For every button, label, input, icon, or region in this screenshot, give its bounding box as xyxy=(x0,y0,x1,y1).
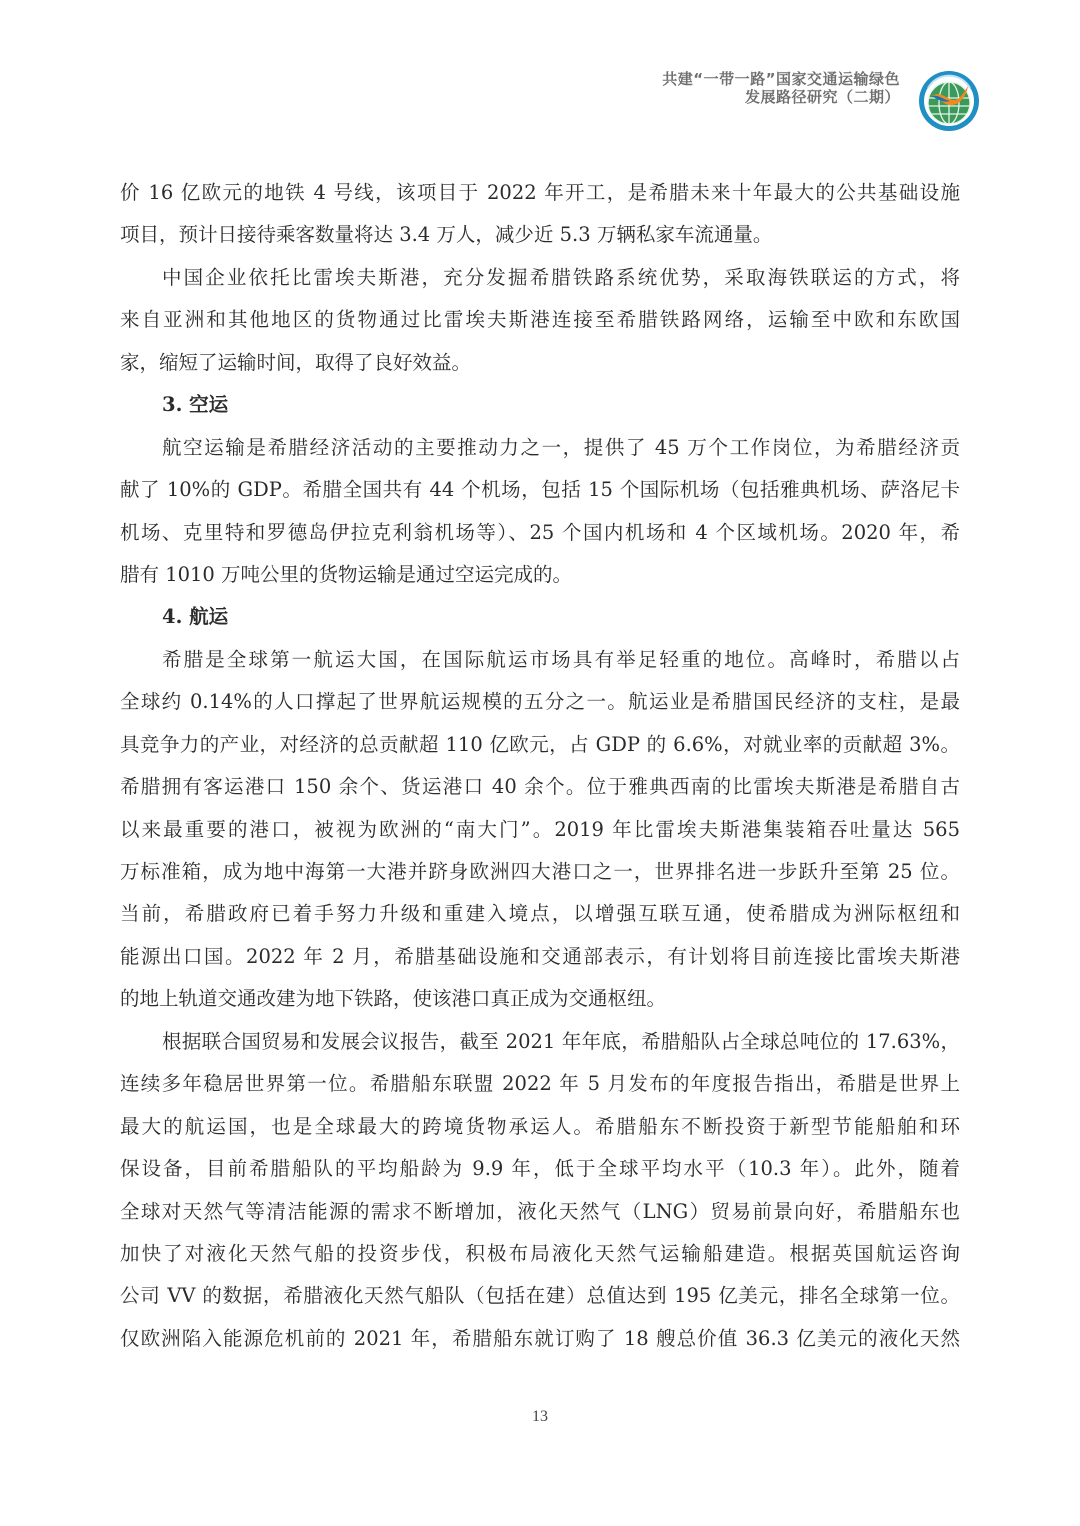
section-heading-air-transport: 3. 空运 xyxy=(120,388,960,430)
text-line: 最大的航运国，也是全球最大的跨境货物承运人。希腊船东不断投资于新型节能船舶和环 xyxy=(120,1110,960,1152)
text-line: 能源出口国。2022 年 2 月，希腊基础设施和交通部表示，有计划将目前连接比雷… xyxy=(120,940,960,982)
text-line: 仅欧洲陷入能源危机前的 2021 年，希腊船东就订购了 18 艘总价值 36.3… xyxy=(120,1322,960,1364)
text-line: 公司 VV 的数据，希腊液化天然气船队（包括在建）总值达到 195 亿美元，排名… xyxy=(120,1279,960,1321)
text-line: 来自亚洲和其他地区的货物通过比雷埃夫斯港连接至希腊铁路网络，运输至中欧和东欧国 xyxy=(120,303,960,345)
header-title-line-2: 发展路径研究（二期） xyxy=(662,88,900,106)
running-header: 共建“一带一路”国家交通运输绿色 发展路径研究（二期） xyxy=(662,70,900,106)
text-line: 根据联合国贸易和发展会议报告，截至 2021 年年底，希腊船队占全球总吨位的 1… xyxy=(120,1025,960,1067)
document-page: 共建“一带一路”国家交通运输绿色 发展路径研究（二期） 价 16 亿欧元的地铁 … xyxy=(0,0,1080,1526)
text-line: 的地上轨道交通改建为地下铁路，使该港口真正成为交通枢纽。 xyxy=(120,982,960,1024)
text-line: 献了 10%的 GDP。希腊全国共有 44 个机场，包括 15 个国际机场（包括… xyxy=(120,473,960,515)
text-line: 中国企业依托比雷埃夫斯港，充分发掘希腊铁路系统优势，采取海铁联运的方式，将 xyxy=(120,261,960,303)
text-line: 全球对天然气等清洁能源的需求不断增加，液化天然气（LNG）贸易前景向好，希腊船东… xyxy=(120,1195,960,1237)
text-line: 万标准箱，成为地中海第一大港并跻身欧洲四大港口之一，世界排名进一步跃升至第 25… xyxy=(120,855,960,897)
text-line: 当前，希腊政府已着手努力升级和重建入境点，以增强互联互通，使希腊成为洲际枢纽和 xyxy=(120,897,960,939)
text-line: 航空运输是希腊经济活动的主要推动力之一，提供了 45 万个工作岗位，为希腊经济贡 xyxy=(120,431,960,473)
page-number: 13 xyxy=(0,1408,1080,1426)
text-line: 加快了对液化天然气船的投资步伐，积极布局液化天然气运输船建造。根据英国航运咨询 xyxy=(120,1237,960,1279)
body-text: 价 16 亿欧元的地铁 4 号线，该项目于 2022 年开工，是希腊未来十年最大… xyxy=(120,176,960,1364)
text-line: 具竞争力的产业，对经济的总贡献超 110 亿欧元，占 GDP 的 6.6%，对就… xyxy=(120,728,960,770)
text-line: 连续多年稳居世界第一位。希腊船东联盟 2022 年 5 月发布的年度报告指出，希… xyxy=(120,1067,960,1109)
text-line: 家，缩短了运输时间，取得了良好效益。 xyxy=(120,346,960,388)
text-line: 希腊是全球第一航运大国，在国际航运市场具有举足轻重的地位。高峰时，希腊以占 xyxy=(120,643,960,685)
text-line: 价 16 亿欧元的地铁 4 号线，该项目于 2022 年开工，是希腊未来十年最大… xyxy=(120,176,960,218)
text-line: 项目，预计日接待乘客数量将达 3.4 万人，减少近 5.3 万辆私家车流通量。 xyxy=(120,218,960,260)
text-line: 腊有 1010 万吨公里的货物运输是通过空运完成的。 xyxy=(120,558,960,600)
text-line: 以来最重要的港口，被视为欧洲的“南大门”。2019 年比雷埃夫斯港集装箱吞吐量达… xyxy=(120,813,960,855)
text-line: 全球约 0.14%的人口撑起了世界航运规模的五分之一。航运业是希腊国民经济的支柱… xyxy=(120,685,960,727)
globe-emblem-icon xyxy=(918,70,980,132)
text-line: 保设备，目前希腊船队的平均船龄为 9.9 年，低于全球平均水平（10.3 年）。… xyxy=(120,1152,960,1194)
section-heading-shipping: 4. 航运 xyxy=(120,600,960,642)
text-line: 机场、克里特和罗德岛伊拉克利翁机场等）、25 个国内机场和 4 个区域机场。20… xyxy=(120,516,960,558)
header-title-line-1: 共建“一带一路”国家交通运输绿色 xyxy=(662,70,900,88)
text-line: 希腊拥有客运港口 150 余个、货运港口 40 余个。位于雅典西南的比雷埃夫斯港… xyxy=(120,770,960,812)
